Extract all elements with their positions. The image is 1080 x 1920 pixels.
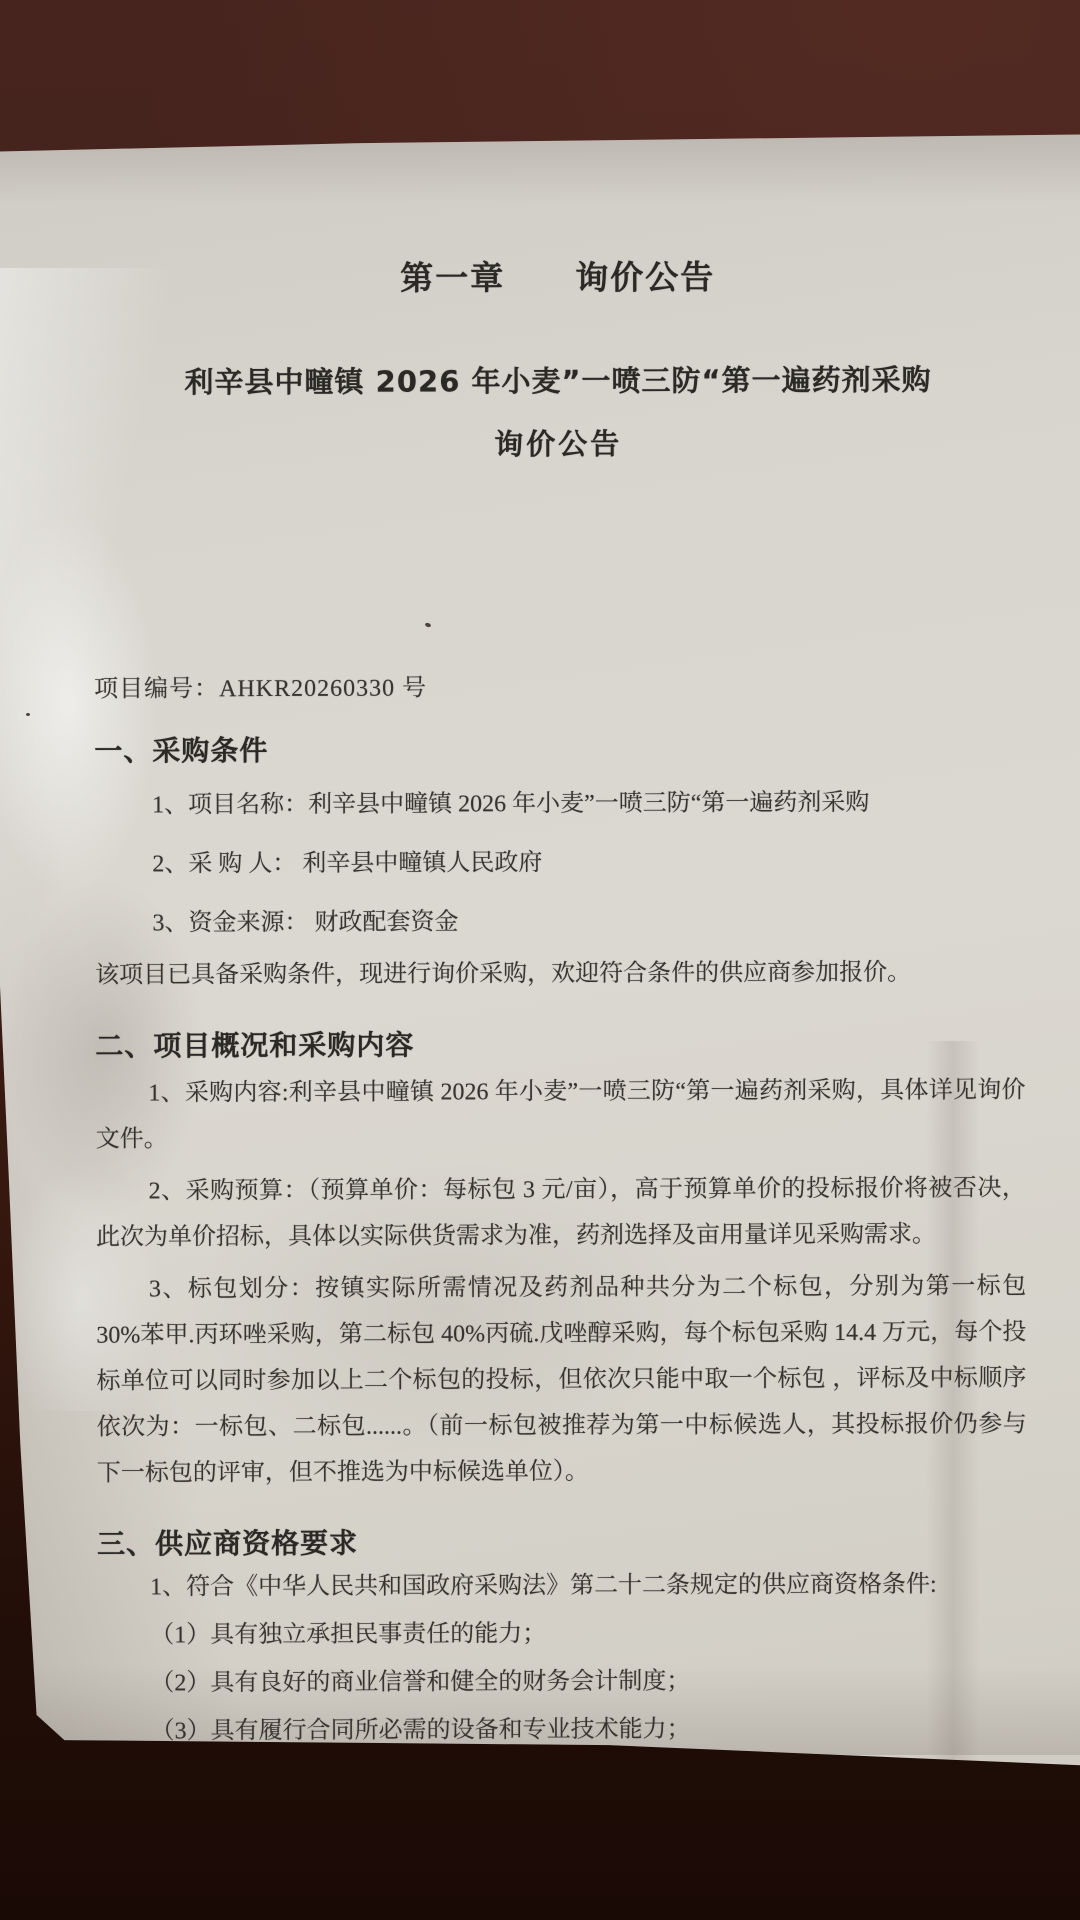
- project-number: 项目编号：AHKR20260330 号: [94, 665, 1024, 703]
- section-1-item-purchaser: 2、采 购 人： 利辛县中疃镇人民政府: [95, 838, 1025, 887]
- section-3-item-1: （1）具有独立承担民事责任的能力；: [97, 1609, 1027, 1658]
- section-3-item-law: 1、符合《中华人民共和国政府采购法》第二十二条规定的供应商资格条件:: [97, 1561, 1027, 1610]
- document-title-line1: 利辛县中疃镇 2026 年小麦”一喷三防“第一遍药剂采购: [93, 357, 1023, 401]
- section-2-para-budget: 2、采购预算：（预算单价：每标包 3 元/亩），高于预算单价的投标报价将被否决，…: [96, 1165, 1026, 1260]
- section-3-item-2: （2）具有良好的商业信誉和健全的财务会计制度；: [98, 1657, 1028, 1706]
- section-2-heading: 二、项目概况和采购内容: [95, 1021, 1025, 1064]
- document-title-line2: 询价公告: [93, 420, 1023, 464]
- section-2-para-lots: 3、标包划分：按镇实际所需情况及药剂品种共分为二个标包，分别为第一标包 30%苯…: [96, 1263, 1027, 1496]
- section-1-heading: 一、采购条件: [94, 726, 1024, 769]
- document-page: 第一章 询价公告 利辛县中疃镇 2026 年小麦”一喷三防“第一遍药剂采购 询价…: [0, 134, 1080, 1814]
- section-3-heading: 三、供应商资格要求: [97, 1519, 1027, 1562]
- ink-speck: [26, 713, 30, 716]
- section-1-item-funding: 3、资金来源： 财政配套资金: [95, 897, 1025, 946]
- printed-content: 第一章 询价公告 利辛县中疃镇 2026 年小麦”一喷三防“第一遍药剂采购 询价…: [92, 132, 1028, 1754]
- section-1-item-project-name: 1、项目名称：利辛县中疃镇 2026 年小麦”一喷三防“第一遍药剂采购: [94, 779, 1024, 828]
- section-3-item-3: （3）具有履行合同所必需的设备和专业技术能力；: [98, 1705, 1028, 1754]
- chapter-title: 第一章 询价公告: [93, 250, 1023, 300]
- section-2-para-content: 1、采购内容:利辛县中疃镇 2026 年小麦”一喷三防“第一遍药剂采购，具体详见…: [95, 1067, 1025, 1162]
- section-1-note: 该项目已具备采购条件，现进行询价采购，欢迎符合条件的供应商参加报价。: [95, 949, 1025, 998]
- desk-background: 第一章 询价公告 利辛县中疃镇 2026 年小麦”一喷三防“第一遍药剂采购 询价…: [0, 0, 1080, 1920]
